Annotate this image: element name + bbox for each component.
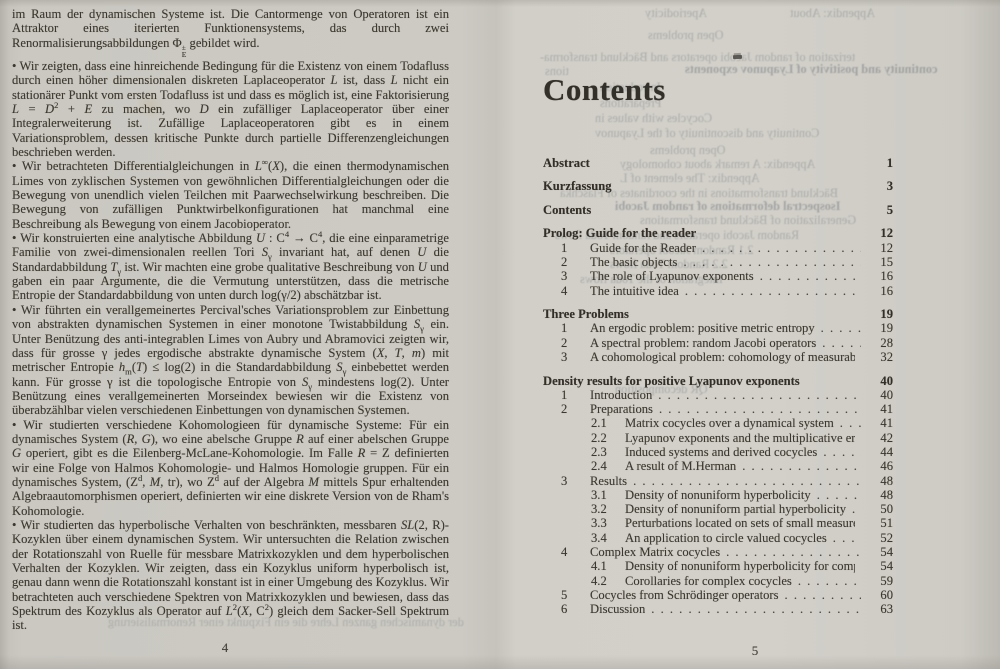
- toc-entry-page: 42: [867, 431, 893, 445]
- toc-leader-dots: . . . . . . . . . . . . . . . . . . . . …: [798, 574, 861, 588]
- toc-row-chapter: Three Problems 19: [543, 307, 893, 321]
- abstract-paragraph: • Wir betrachteten Differentialgleichung…: [12, 159, 449, 231]
- abstract-paragraph: • Wir konstruierten eine analytische Abb…: [12, 231, 449, 303]
- toc-leader-dots: . . . . . . . . . . . . . . . . . . . . …: [760, 269, 861, 283]
- toc-entry-number: 6: [561, 602, 590, 616]
- toc-entry-title: Introduction: [590, 388, 652, 402]
- book-spread: der dynamischen ganzen Lehre die ein Fix…: [0, 0, 1000, 669]
- toc-entry-title: Kurzfassung: [543, 179, 612, 193]
- toc-entry-number: 4.1: [591, 559, 625, 573]
- page-number-right: 5: [752, 643, 759, 659]
- toc-entry-number: 3.3: [591, 516, 625, 530]
- toc-entry-title: Density of nonuniform hyperbolicity for …: [625, 559, 855, 573]
- toc-row-chapter: Prolog: Guide for the reader 12: [543, 226, 893, 240]
- toc-entry-number: 4.2: [591, 574, 625, 588]
- toc-entry-page: 16: [867, 269, 893, 283]
- toc-entry-number: 4: [561, 545, 590, 559]
- toc-row-subitem: 3.4 An application to circle valued cocy…: [543, 531, 893, 545]
- toc-entry-title: Lyapunov exponents and the multiplicativ…: [625, 431, 855, 445]
- toc-row-item: 5 Cocycles from Schrödinger operators . …: [543, 588, 893, 602]
- toc-entry-title: Density results for positive Lyapunov ex…: [543, 374, 800, 388]
- toc-entry-number: 2.1: [591, 416, 625, 430]
- toc-row-subitem: 4.1 Density of nonuniform hyperbolicity …: [543, 559, 893, 573]
- bleedthrough-text: Continuity and discontinuity of the Lyap…: [595, 126, 819, 141]
- toc-row-item: 3 Results . . . . . . . . . . . . . . . …: [543, 474, 893, 488]
- toc-row-item: 2 Preparations . . . . . . . . . . . . .…: [543, 402, 893, 416]
- abstract-paragraph: • Wir studierten verschiedene Kohomologi…: [12, 418, 449, 518]
- toc-row-item: 1 Introduction . . . . . . . . . . . . .…: [543, 388, 893, 402]
- left-page: der dynamischen ganzen Lehre die ein Fix…: [0, 0, 500, 669]
- toc-leader-dots: . . . . . . . . . . . . . . . . . . . . …: [823, 445, 861, 459]
- toc-entry-number: 1: [561, 241, 590, 255]
- toc-entry-number: 2: [561, 255, 590, 269]
- toc-row-chapter: Kurzfassung 3: [543, 179, 893, 193]
- toc-entry-page: 60: [867, 588, 893, 602]
- toc-entry-number: 1: [561, 388, 590, 402]
- toc-entry-page: 48: [867, 488, 893, 502]
- toc-leader-dots: . . . . . . . . . . . . . . . . . . . . …: [840, 416, 861, 430]
- toc-entry-title: An application to circle valued cocycles: [625, 531, 827, 545]
- toc-row-chapter: Density results for positive Lyapunov ex…: [543, 374, 893, 388]
- toc-entry-page: 15: [867, 255, 893, 269]
- toc-row-subitem: 2.3 Induced systems and derived cocycles…: [543, 445, 893, 459]
- abstract-paragraph: • Wir zeigten, dass eine hinreichende Be…: [12, 59, 449, 159]
- toc-row-item: 2 A spectral problem: random Jacobi oper…: [543, 336, 893, 350]
- toc-entry-title: Corollaries for complex cocycles: [625, 574, 792, 588]
- toc-leader-dots: . . . . . . . . . . . . . . . . . . . . …: [833, 531, 861, 545]
- toc-entry-title: Results: [590, 474, 627, 488]
- toc-leader-dots: . . . . . . . . . . . . . . . . . . . . …: [658, 388, 861, 402]
- toc-entry-number: 3: [561, 474, 590, 488]
- toc-entry-page: 44: [867, 445, 893, 459]
- toc-entry-page: 54: [867, 559, 893, 573]
- toc-entry-page: 32: [867, 350, 893, 364]
- toc-entry-title: A cohomological problem: cohomology of m…: [590, 350, 855, 364]
- toc-entry-number: 2.2: [591, 431, 625, 445]
- toc-entry-page: 12: [867, 226, 893, 240]
- toc-entry-title: Preparations: [590, 402, 653, 416]
- toc-leader-dots: . . . . . . . . . . . . . . . . . . . . …: [702, 241, 861, 255]
- toc-entry-page: 3: [867, 179, 893, 193]
- bleedthrough-text: Open problems: [648, 28, 723, 43]
- toc-leader-dots: . . . . . . . . . . . . . . . . . . . . …: [633, 474, 861, 488]
- toc-entry-page: 12: [867, 241, 893, 255]
- toc-row-subitem: 3.1 Density of nonuniform hyperbolicity …: [543, 488, 893, 502]
- abstract-paragraph: • Wir studierten das hyperbolische Verha…: [12, 518, 449, 633]
- toc-entry-page: 54: [867, 545, 893, 559]
- bleedthrough-text: terization of random Jacobi operators an…: [540, 50, 855, 65]
- toc-entry-page: 16: [867, 284, 893, 298]
- toc-row-item: 4 The intuitive idea . . . . . . . . . .…: [543, 284, 893, 298]
- toc-entry-title: Contents: [543, 203, 591, 217]
- toc-entry-number: 3: [561, 269, 590, 283]
- toc-entry-page: 40: [867, 388, 893, 402]
- toc-leader-dots: . . . . . . . . . . . . . . . . . . . . …: [817, 488, 861, 502]
- toc-entry-title: An ergodic problem: positive metric entr…: [590, 321, 815, 335]
- toc-entry-title: Three Problems: [543, 307, 629, 321]
- toc-entry-number: 2: [561, 336, 590, 350]
- toc-leader-dots: . . . . . . . . . . . . . . . . . . . . …: [785, 588, 861, 602]
- toc-row-subitem: 2.1 Matrix cocycles over a dynamical sys…: [543, 416, 893, 430]
- toc-entry-number: 2: [561, 402, 590, 416]
- toc-entry-page: 41: [867, 416, 893, 430]
- toc-row-item: 6 Discussion . . . . . . . . . . . . . .…: [543, 602, 893, 616]
- toc-row-item: 4 Complex Matrix cocycles . . . . . . . …: [543, 545, 893, 559]
- toc-entry-number: 5: [561, 588, 590, 602]
- toc-entry-title: Matrix cocycles over a dynamical system: [625, 416, 834, 430]
- toc-row-subitem: 2.4 A result of M.Herman . . . . . . . .…: [543, 459, 893, 473]
- toc-entry-title: Abstract: [543, 156, 590, 170]
- toc-row-item: 1 Guide for the Reader . . . . . . . . .…: [543, 241, 893, 255]
- abstract-paragraph: • Wir führten ein verallgemeinertes Perc…: [12, 303, 449, 418]
- toc-entry-page: 63: [867, 602, 893, 616]
- toc-entry-title: The basic objects: [590, 255, 677, 269]
- toc-row-item: 2 The basic objects . . . . . . . . . . …: [543, 255, 893, 269]
- toc-entry-title: Induced systems and derived cocycles: [625, 445, 817, 459]
- toc-entry-number: 2.3: [591, 445, 625, 459]
- toc-entry-number: 3.4: [591, 531, 625, 545]
- toc-leader-dots: . . . . . . . . . . . . . . . . . . . . …: [852, 502, 861, 516]
- toc-leader-dots: . . . . . . . . . . . . . . . . . . . . …: [685, 284, 861, 298]
- toc-entry-page: 50: [867, 502, 893, 516]
- contents-heading: Contents: [543, 72, 666, 108]
- toc-row-item: 1 An ergodic problem: positive metric en…: [543, 321, 893, 335]
- abstract-paragraph: im Raum der dynamischen Systeme ist. Die…: [12, 7, 449, 59]
- toc-leader-dots: . . . . . . . . . . . . . . . . . . . . …: [683, 255, 861, 269]
- bleedthrough-text: Appendix: About: [790, 6, 875, 21]
- toc-entry-title: Discussion: [590, 602, 645, 616]
- toc-leader-dots: . . . . . . . . . . . . . . . . . . . . …: [742, 459, 861, 473]
- toc-row-chapter: Contents 5: [543, 203, 893, 217]
- toc-entry-page: 48: [867, 474, 893, 488]
- toc-entry-title: Density of nonuniform partial hyperbolic…: [625, 502, 846, 516]
- toc-entry-title: Prolog: Guide for the reader: [543, 226, 696, 240]
- toc-row-subitem: 2.2 Lyapunov exponents and the multiplic…: [543, 431, 893, 445]
- toc-entry-page: 46: [867, 459, 893, 473]
- toc-leader-dots: . . . . . . . . . . . . . . . . . . . . …: [659, 402, 861, 416]
- bleedthrough-text: Aperiodicity: [645, 6, 707, 21]
- toc-entry-page: 59: [867, 574, 893, 588]
- right-page: Aperiodicity Appendix: About Open proble…: [500, 0, 1000, 669]
- toc-leader-dots: . . . . . . . . . . . . . . . . . . . . …: [651, 602, 861, 616]
- toc-leader-dots: . . . . . . . . . . . . . . . . . . . . …: [726, 545, 861, 559]
- toc-entry-number: 3.1: [591, 488, 625, 502]
- toc-leader-dots: . . . . . . . . . . . . . . . . . . . . …: [822, 336, 861, 350]
- toc-row-subitem: 4.2 Corollaries for complex cocycles . .…: [543, 574, 893, 588]
- toc-entry-page: 19: [867, 307, 893, 321]
- toc-row-item: 3 The role of Lyapunov exponents . . . .…: [543, 269, 893, 283]
- toc-entry-title: A result of M.Herman: [625, 459, 736, 473]
- toc-row-chapter: Abstract 1: [543, 156, 893, 170]
- toc-entry-page: 28: [867, 336, 893, 350]
- toc-entry-title: The role of Lyapunov exponents: [590, 269, 754, 283]
- toc-entry-title: Cocycles from Schrödinger operators: [590, 588, 779, 602]
- toc-entry-number: 4: [561, 284, 590, 298]
- toc-entry-page: 41: [867, 402, 893, 416]
- abstract-text-column: im Raum der dynamischen Systeme ist. Die…: [12, 7, 449, 633]
- toc-row-subitem: 3.3 Perturbations located on sets of sma…: [543, 516, 893, 530]
- page-number-left: 4: [222, 640, 229, 656]
- toc-row-subitem: 3.2 Density of nonuniform partial hyperb…: [543, 502, 893, 516]
- toc-entry-title: A spectral problem: random Jacobi operat…: [590, 336, 816, 350]
- toc-entry-page: 40: [867, 374, 893, 388]
- bleedthrough-text: continuity and positivity of Lyapunov ex…: [685, 62, 938, 77]
- toc-entry-title: Complex Matrix cocycles: [590, 545, 720, 559]
- toc-entry-number: 1: [561, 321, 590, 335]
- toc-entry-number: 3.2: [591, 502, 625, 516]
- toc-entry-page: 1: [867, 156, 893, 170]
- toc-entry-title: The intuitive idea: [590, 284, 679, 298]
- toc-row-item: 3 A cohomological problem: cohomology of…: [543, 350, 893, 364]
- toc-entry-title: Density of nonuniform hyperbolicity: [625, 488, 811, 502]
- toc-entry-number: 2.4: [591, 459, 625, 473]
- toc-entry-title: Perturbations located on sets of small m…: [625, 516, 855, 530]
- toc-entry-title: Guide for the Reader: [590, 241, 696, 255]
- toc-entry-number: 3: [561, 350, 590, 364]
- toc-entry-page: 5: [867, 203, 893, 217]
- table-of-contents: Abstract 1 Kurzfassung 3 Contents 5 Prol…: [543, 156, 893, 617]
- toc-entry-page: 51: [867, 516, 893, 530]
- bleedthrough-text: Cocycles with values in: [595, 111, 712, 126]
- toc-entry-page: 19: [867, 321, 893, 335]
- toc-leader-dots: . . . . . . . . . . . . . . . . . . . . …: [821, 321, 861, 335]
- ink-mark: [733, 55, 742, 59]
- toc-entry-page: 52: [867, 531, 893, 545]
